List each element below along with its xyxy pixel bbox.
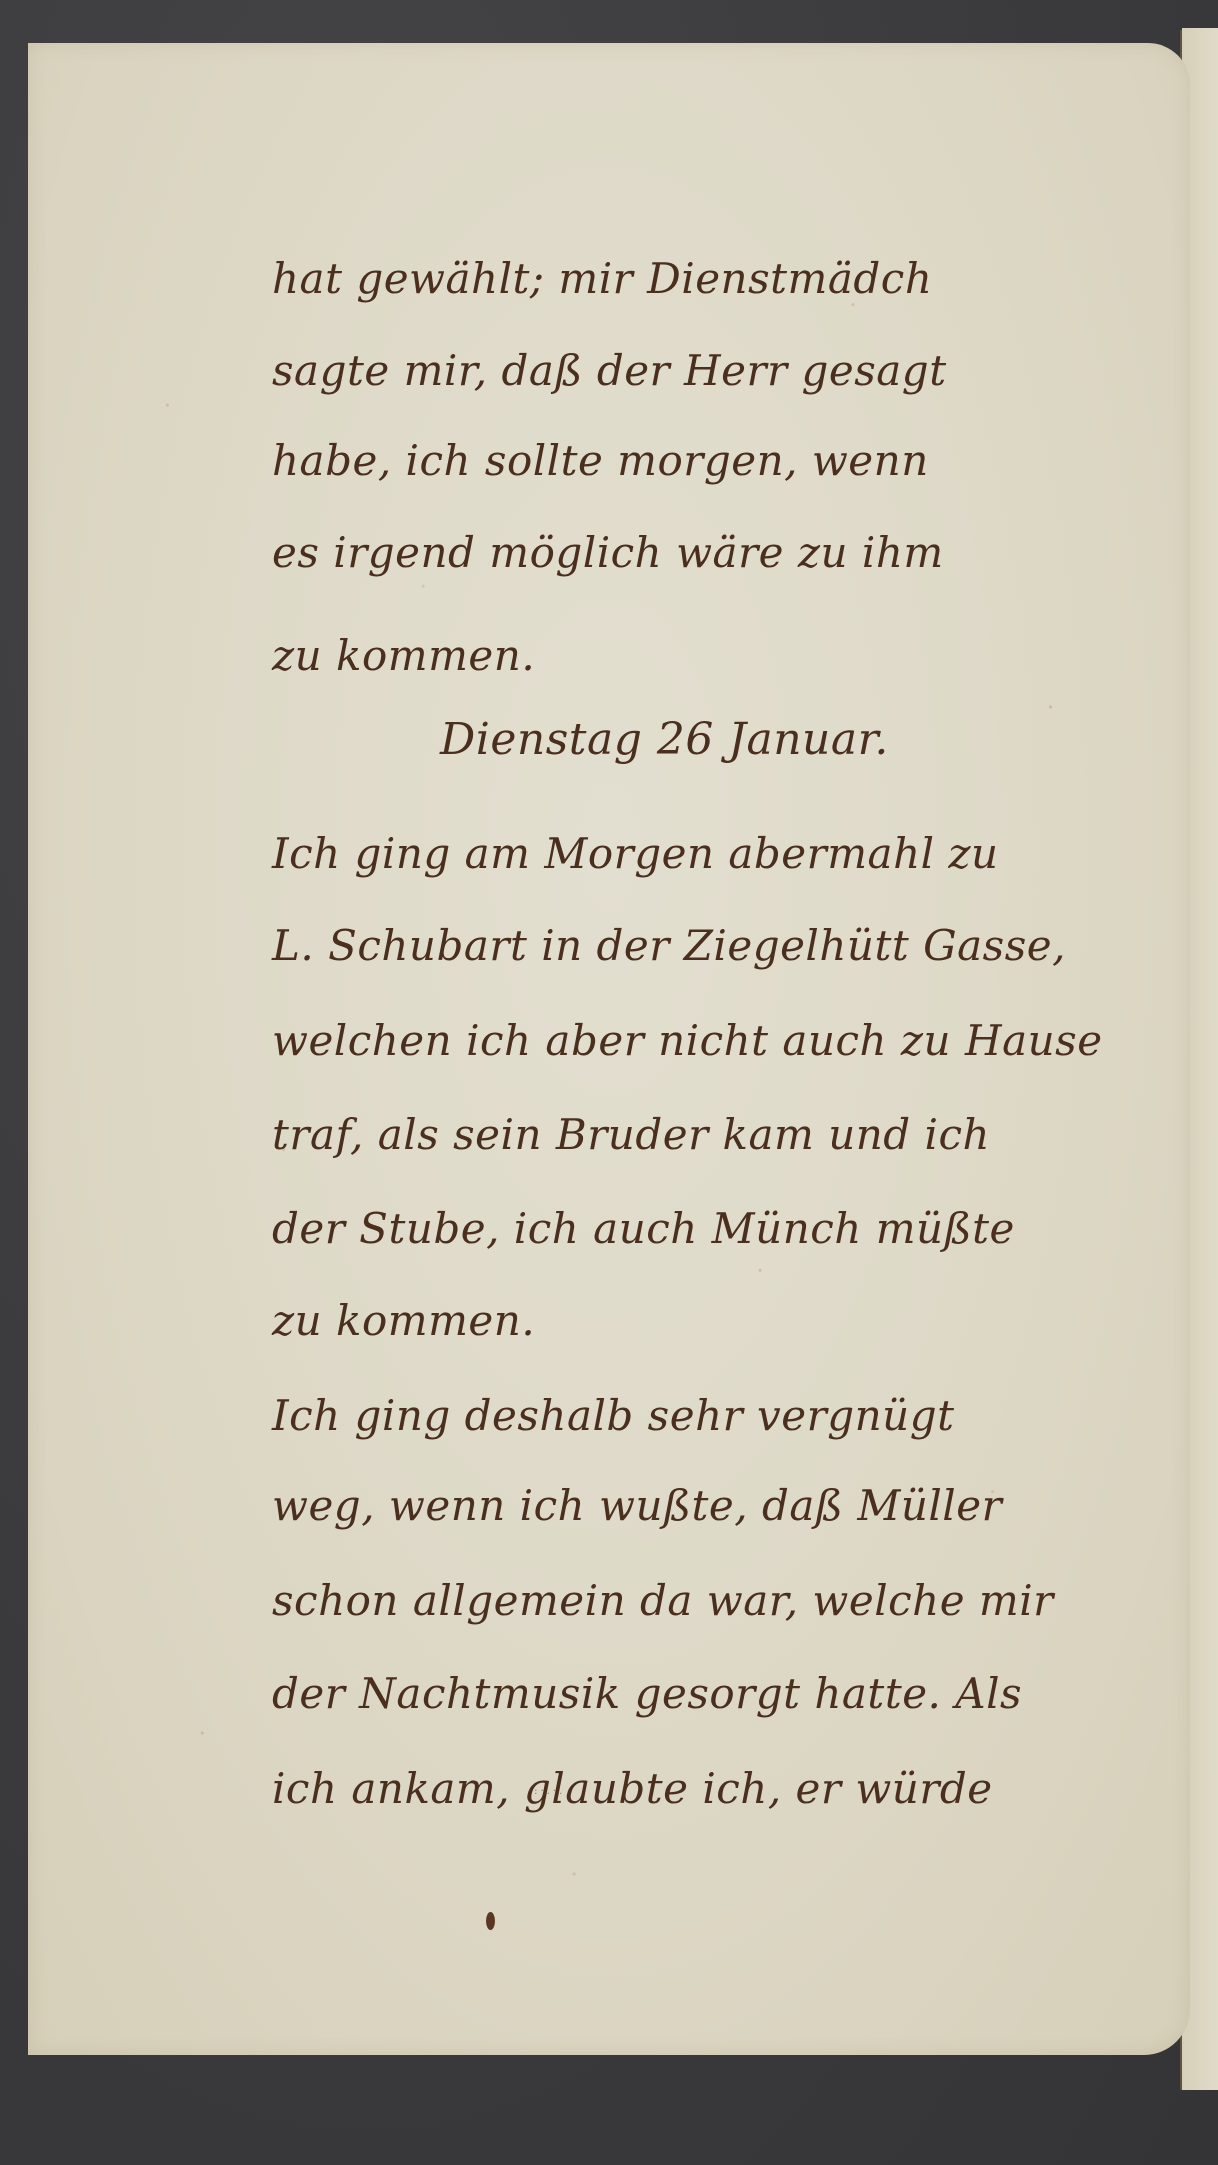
text-line: habe, ich sollte morgen, wenn: [272, 440, 929, 482]
text-line: es irgend möglich wäre zu ihm: [272, 532, 944, 574]
text-line: der Nachtmusik gesorgt hatte. Als: [272, 1673, 1022, 1715]
text-line: Ich ging am Morgen abermahl zu: [272, 833, 999, 875]
text-line: zu kommen.: [272, 635, 535, 677]
text-line: traf, als sein Bruder kam und ich: [272, 1114, 990, 1156]
text-line: weg, wenn ich wußte, daß Müller: [272, 1485, 1002, 1527]
ink-blot: [486, 1912, 495, 1930]
text-line: L. Schubart in der Ziegelhütt Gasse,: [272, 925, 1066, 967]
text-line: welchen ich aber nicht auch zu Hause: [272, 1020, 1103, 1062]
text-line: ich ankam, glaubte ich, er würde: [272, 1768, 993, 1810]
entry-date-heading: Dienstag 26 Januar.: [440, 718, 889, 762]
text-line: der Stube, ich auch Münch müßte: [272, 1208, 1015, 1250]
text-line: hat gewählt; mir Dienstmädch: [272, 258, 932, 300]
text-line: zu kommen.: [272, 1300, 535, 1342]
text-line: schon allgemein da war, welche mir: [272, 1580, 1054, 1622]
text-line: sagte mir, daß der Herr gesagt: [272, 350, 947, 392]
ink-specks: ·:·.·.: [528, 1786, 565, 1797]
text-line: Ich ging deshalb sehr vergnügt: [272, 1395, 954, 1437]
